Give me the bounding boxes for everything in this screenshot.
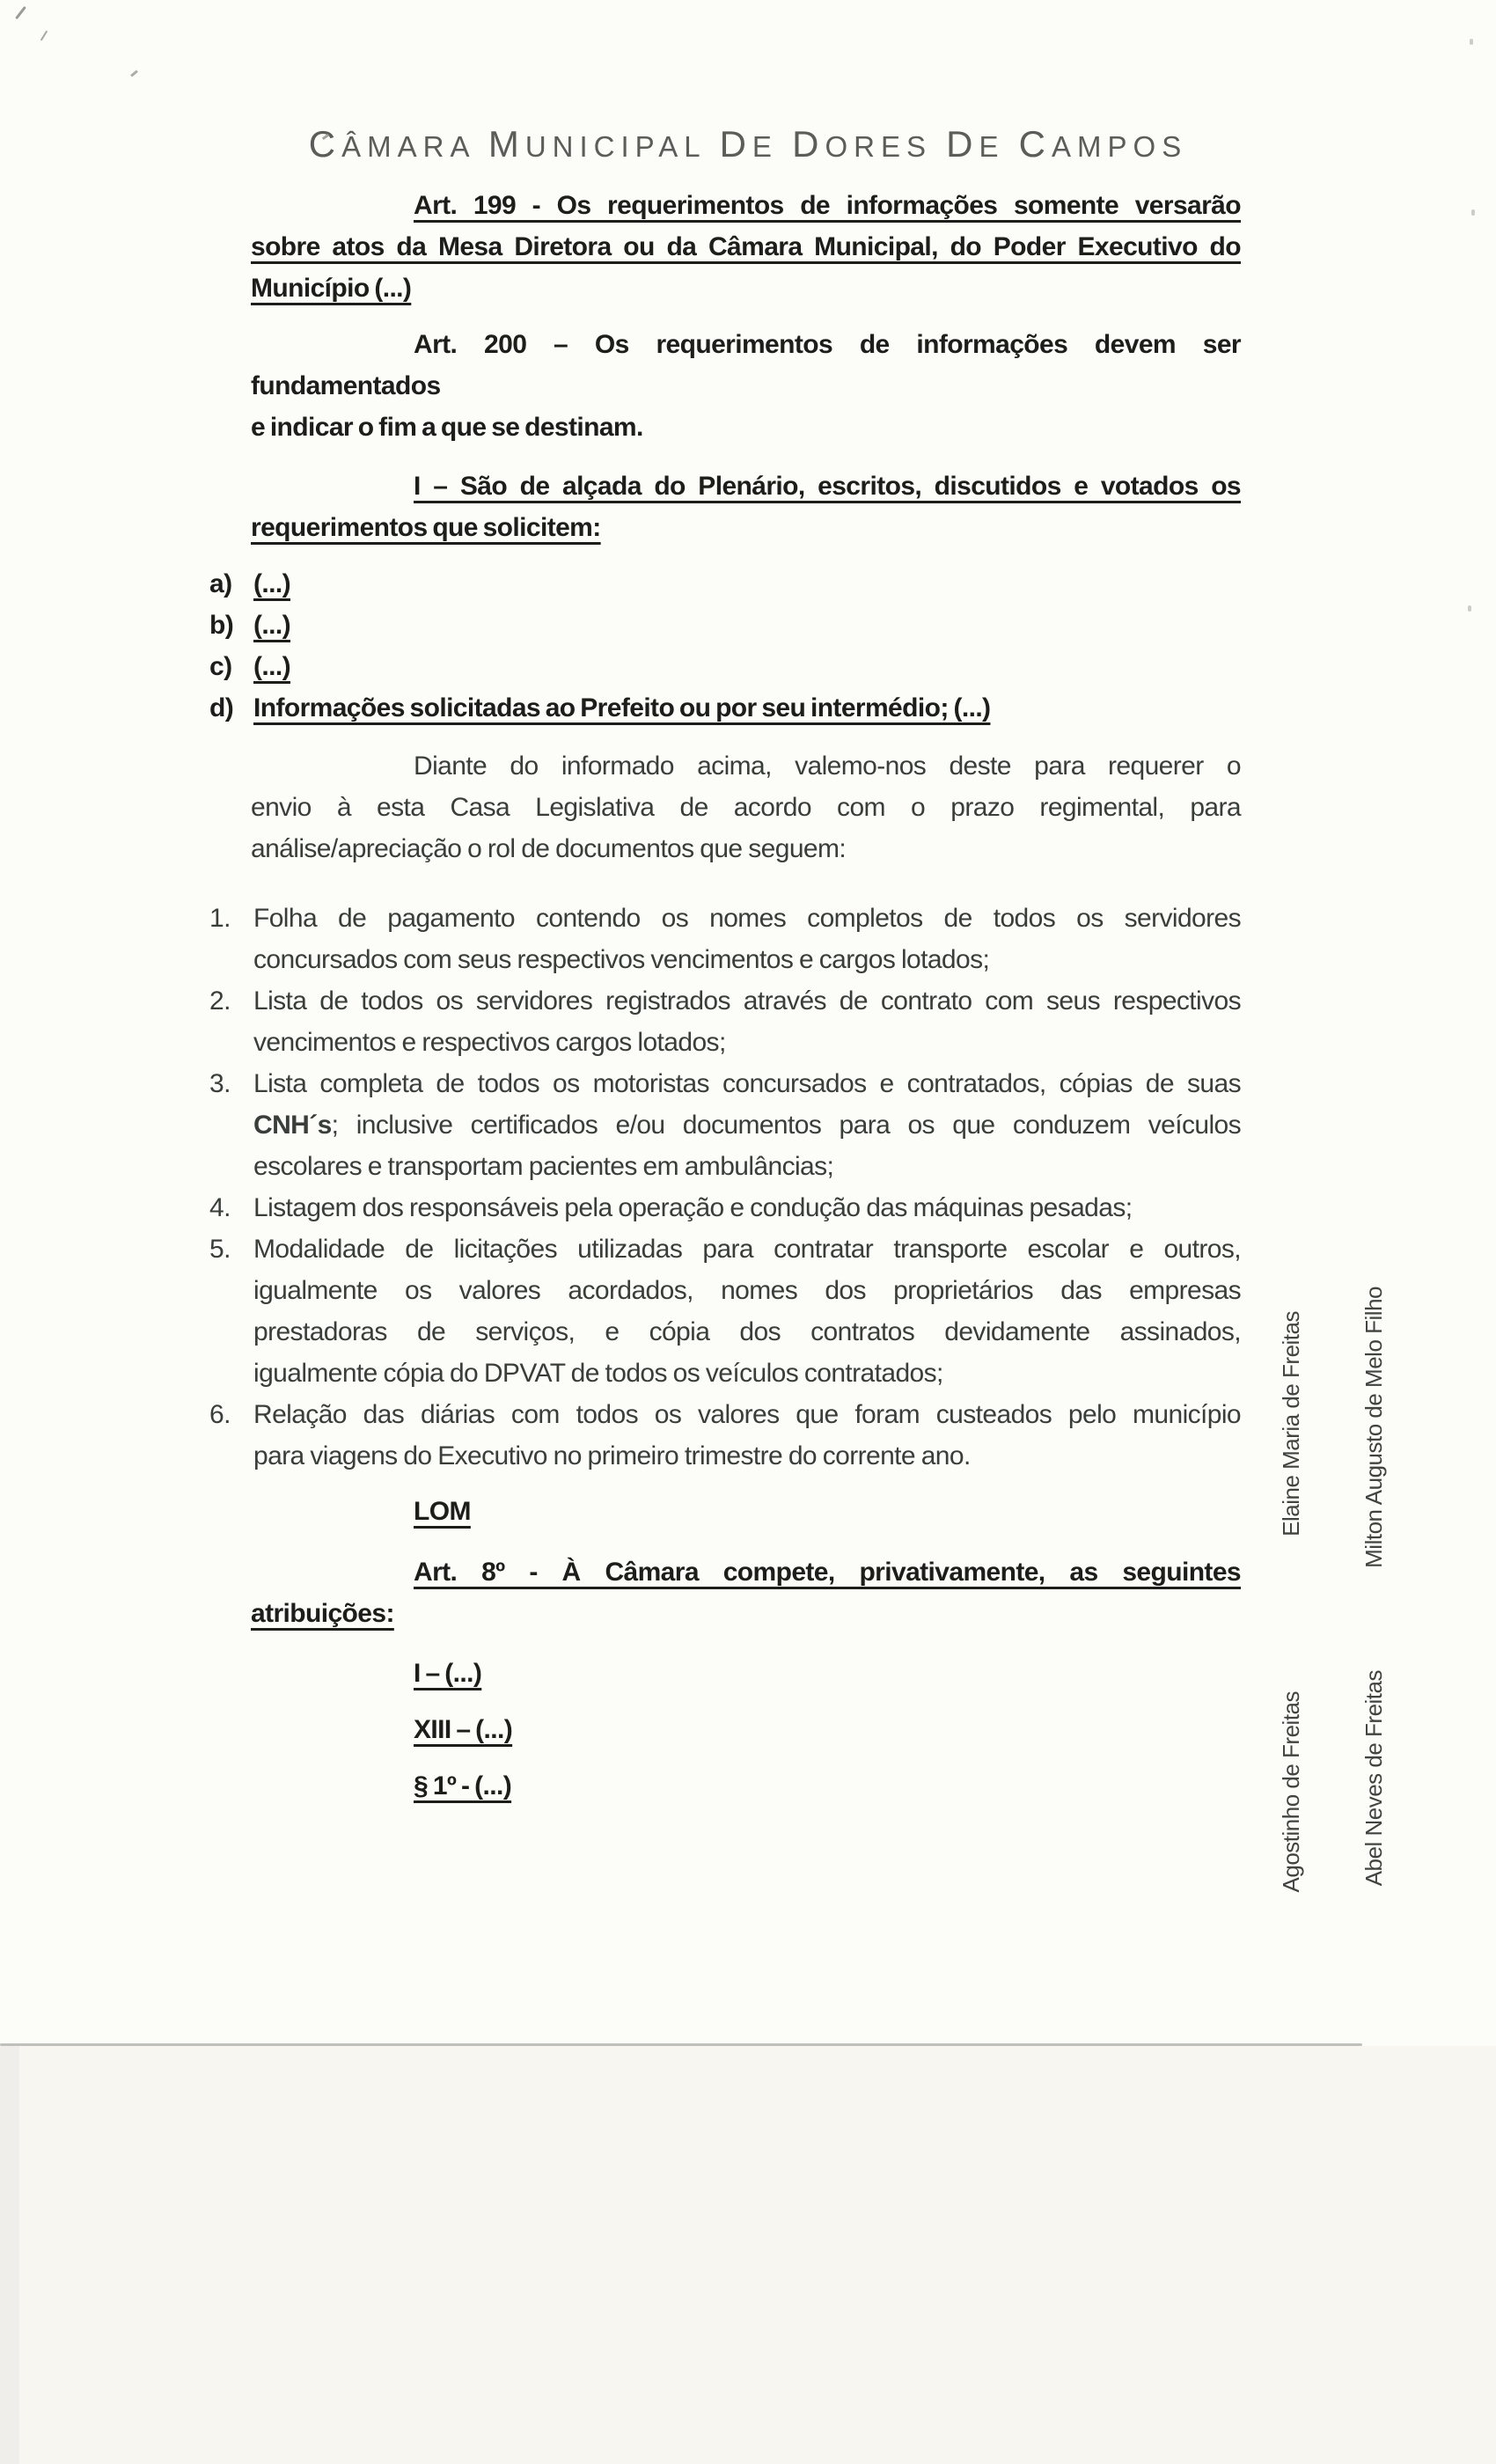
text-line: envio à esta Casa Legislativa de acordo … — [251, 787, 1241, 828]
list-label: 1. — [209, 898, 253, 980]
list-text: Relação das diárias com todos os valores… — [253, 1394, 1241, 1477]
text-line: Lista completa de todos os motoristas co… — [253, 1063, 1241, 1104]
letterhead-title: CÂMARA MUNICIPAL DE DORES DE CAMPOS — [9, 123, 1487, 165]
list-label: b) — [209, 605, 253, 646]
list-text: (...) — [253, 646, 1241, 687]
scan-speck — [40, 30, 48, 40]
numbered-item: 1. Folha de pagamento contendo os nomes … — [209, 898, 1241, 980]
paragraph-art-199: Art. 199 - Os requerimentos de informaçõ… — [251, 185, 1241, 309]
list-label: d) — [209, 687, 253, 729]
numbered-item: 2. Lista de todos os servidores registra… — [209, 980, 1241, 1063]
text-line: sobre atos da Mesa Diretora ou da Câmara… — [251, 226, 1241, 268]
list-text: Folha de pagamento contendo os nomes com… — [253, 898, 1241, 980]
list-item: c) (...) — [209, 646, 1241, 687]
scan-speck — [15, 6, 26, 19]
list-label: 4. — [209, 1187, 253, 1228]
signature-elaine: Elaine Maria de Freitas — [1278, 1311, 1305, 1536]
numbered-item: 5. Modalidade de licitações utilizadas p… — [209, 1228, 1241, 1394]
numbered-item: 4. Listagem dos responsáveis pela operaç… — [209, 1187, 1241, 1228]
text-line: escolares e transportam pacientes em amb… — [253, 1146, 1241, 1187]
paragraph-inciso-i: I – São de alçada do Plenário, escritos,… — [251, 466, 1241, 548]
text-line: atribuições: — [251, 1593, 1241, 1634]
text-line: Diante do informado acima, valemo-nos de… — [251, 745, 1241, 787]
list-label: 2. — [209, 980, 253, 1063]
list-label: c) — [209, 646, 253, 687]
text-line: CNH´s; inclusive certificados e/ou docum… — [253, 1104, 1241, 1146]
text-line: requerimentos que solicitem: — [251, 507, 1241, 548]
list-text: Listagem dos responsáveis pela operação … — [253, 1187, 1241, 1228]
document-body: Art. 199 - Os requerimentos de informaçõ… — [251, 185, 1241, 1807]
list-text: (...) — [253, 605, 1241, 646]
list-item: d) Informações solicitadas ao Prefeito o… — [209, 687, 1241, 729]
roman-item-par1: § 1º - (...) — [251, 1765, 1241, 1807]
scan-footer-edge — [0, 2046, 19, 2464]
text-line: Art. 199 - Os requerimentos de informaçõ… — [251, 185, 1241, 226]
paragraph-art-8: Art. 8º - À Câmara compete, privativamen… — [251, 1551, 1241, 1634]
text-line: para viagens do Executivo no primeiro tr… — [253, 1435, 1241, 1477]
text-line: prestadoras de serviços, e cópia dos con… — [253, 1311, 1241, 1353]
text-line: igualmente os valores acordados, nomes d… — [253, 1270, 1241, 1311]
text-line: Modalidade de licitações utilizadas para… — [253, 1228, 1241, 1270]
text-line: Art. 200 – Os requerimentos de informaçõ… — [251, 324, 1241, 407]
numbered-item: 6. Relação das diárias com todos os valo… — [209, 1394, 1241, 1477]
list-label: 6. — [209, 1394, 253, 1477]
signature-agostinho: Agostinho de Freitas — [1278, 1691, 1305, 1892]
paragraph-art-200: Art. 200 – Os requerimentos de informaçõ… — [251, 324, 1241, 448]
numbered-item: 3. Lista completa de todos os motoristas… — [209, 1063, 1241, 1187]
scan-speck — [1470, 39, 1473, 45]
text-line: I – São de alçada do Plenário, escritos,… — [251, 466, 1241, 507]
lom-heading: LOM — [251, 1491, 1241, 1532]
list-text: Informações solicitadas ao Prefeito ou p… — [253, 687, 1241, 729]
text-line: Lista de todos os servidores registrados… — [253, 980, 1241, 1022]
text-line: concursados com seus respectivos vencime… — [253, 939, 1241, 980]
text-line: Município (...) — [251, 268, 1241, 309]
text-line: Listagem dos responsáveis pela operação … — [253, 1187, 1241, 1228]
list-label: 3. — [209, 1063, 253, 1187]
list-item: b) (...) — [209, 605, 1241, 646]
list-item: a) (...) — [209, 563, 1241, 605]
text-line: Art. 8º - À Câmara compete, privativamen… — [251, 1551, 1241, 1593]
list-text: Modalidade de licitações utilizadas para… — [253, 1228, 1241, 1394]
letter-list: a) (...) b) (...) c) (...) d) Informaçõe… — [251, 563, 1241, 729]
paragraph-diante: Diante do informado acima, valemo-nos de… — [251, 745, 1241, 869]
roman-item-i: I – (...) — [251, 1653, 1241, 1694]
text-line: Relação das diárias com todos os valores… — [253, 1394, 1241, 1435]
scan-footer-area — [0, 2046, 1496, 2464]
text-line: e indicar o fim a que se destinam. — [251, 407, 1241, 448]
text-line: análise/apreciação o rol de documentos q… — [251, 828, 1241, 869]
document-page: CÂMARA MUNICIPAL DE DORES DE CAMPOS Art.… — [0, 0, 1496, 2464]
text-line: igualmente cópia do DPVAT de todos os ve… — [253, 1353, 1241, 1394]
scan-speck — [130, 70, 138, 77]
list-label: a) — [209, 563, 253, 605]
scan-page-edge-line — [0, 2043, 1362, 2046]
list-text: Lista completa de todos os motoristas co… — [253, 1063, 1241, 1187]
roman-item-xiii: XIII – (...) — [251, 1709, 1241, 1750]
text-line: Folha de pagamento contendo os nomes com… — [253, 898, 1241, 939]
scan-speck — [1471, 209, 1475, 216]
list-text: (...) — [253, 563, 1241, 605]
scan-speck — [1468, 605, 1471, 612]
text-line: vencimentos e respectivos cargos lotados… — [253, 1022, 1241, 1063]
signature-milton: Milton Augusto de Melo Filho — [1360, 1287, 1388, 1568]
signature-abel: Abel Neves de Freitas — [1360, 1670, 1388, 1886]
numbered-list: 1. Folha de pagamento contendo os nomes … — [251, 898, 1241, 1477]
list-label: 5. — [209, 1228, 253, 1394]
list-text: Lista de todos os servidores registrados… — [253, 980, 1241, 1063]
